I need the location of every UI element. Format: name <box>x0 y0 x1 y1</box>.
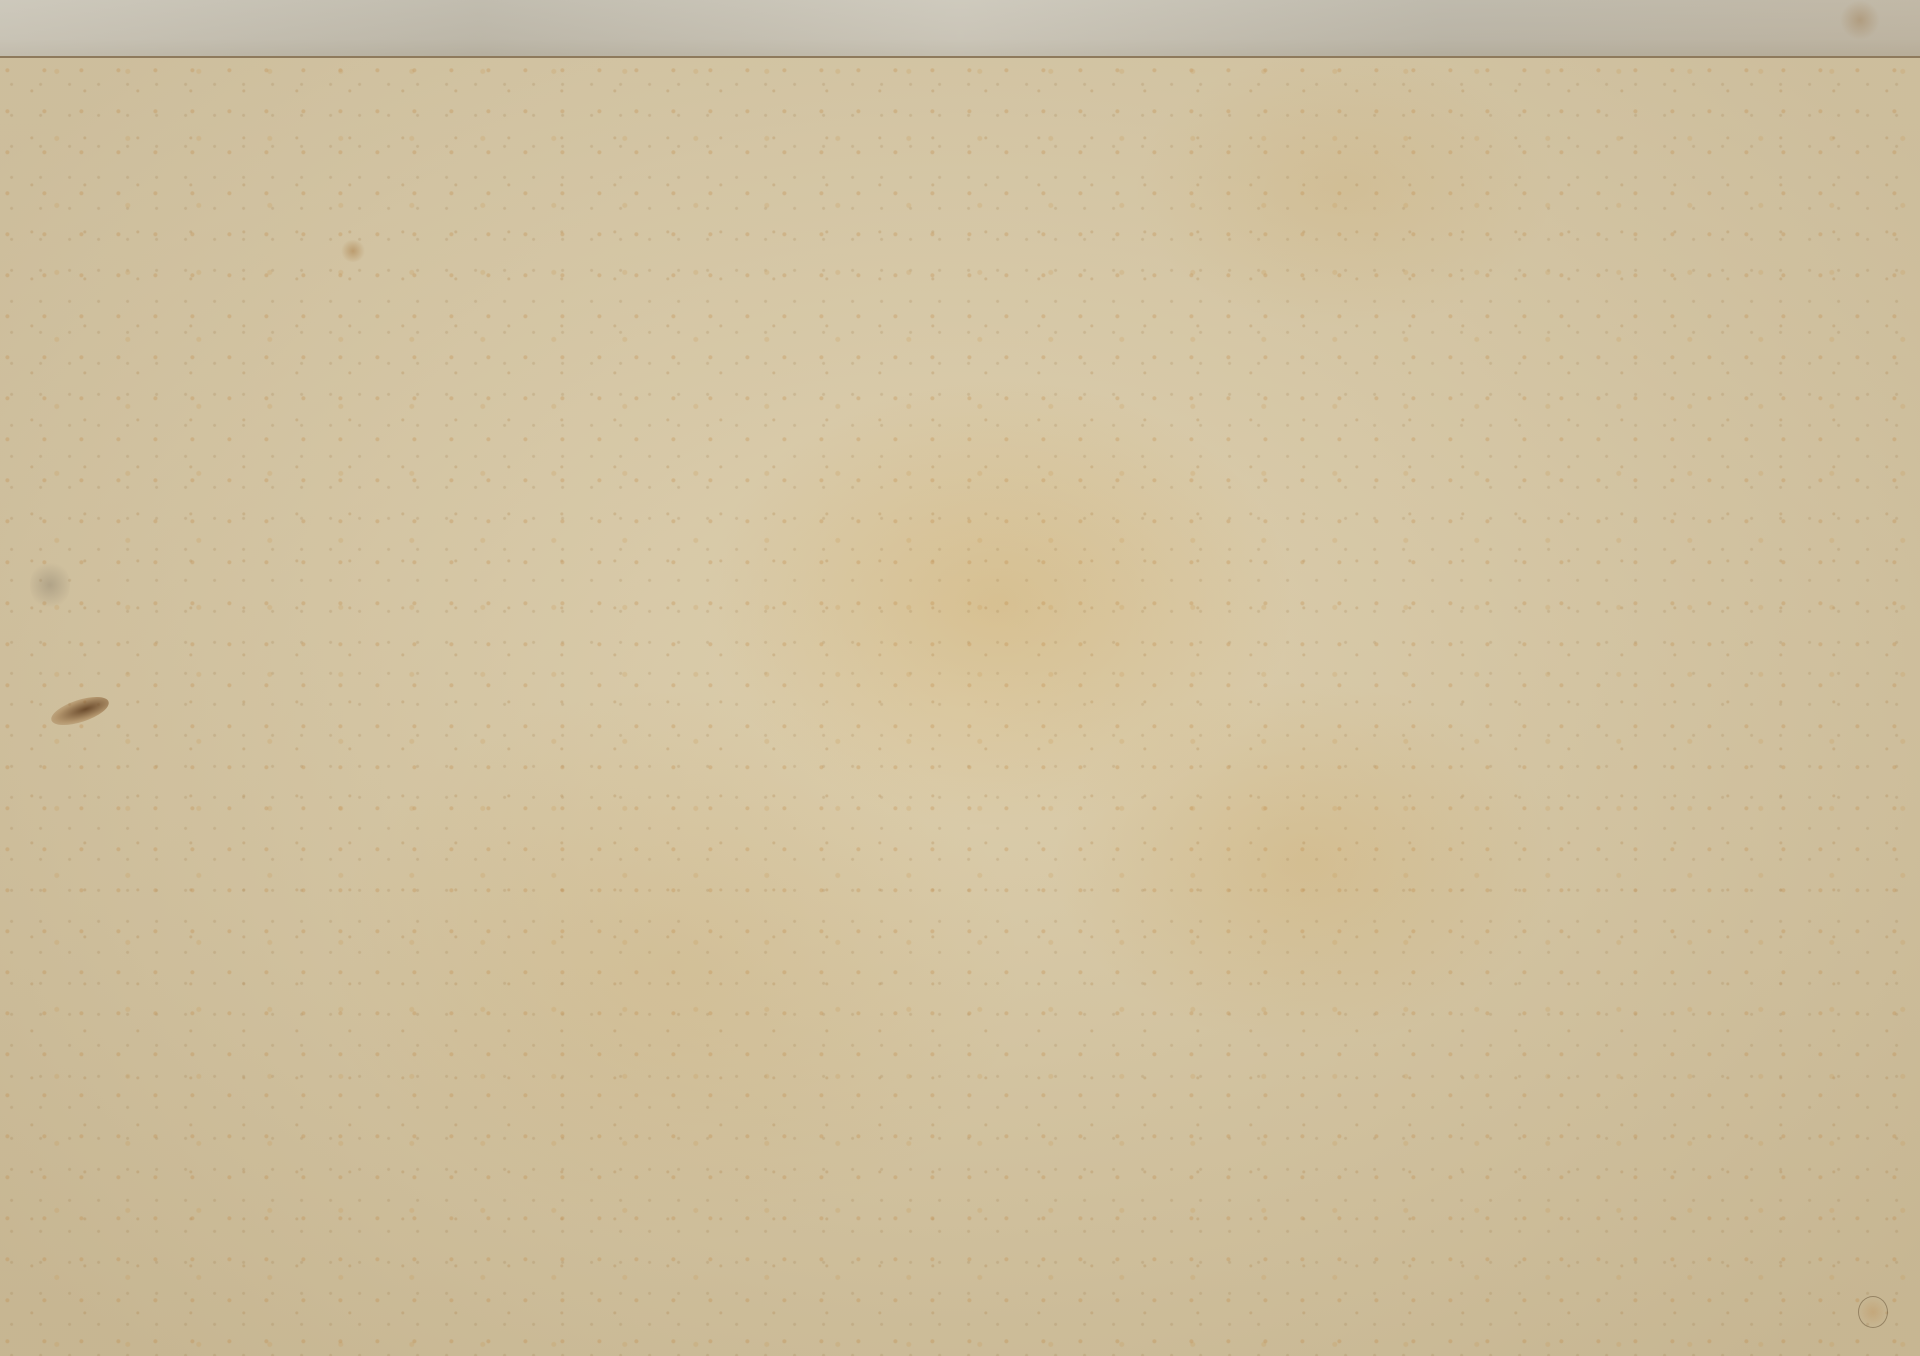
top-paper-strip <box>0 0 1920 58</box>
foxing-speckles <box>0 58 1920 1356</box>
small-stain <box>340 240 366 262</box>
corner-stain <box>1840 0 1880 40</box>
aged-paper-sheet <box>0 58 1920 1356</box>
circular-stamp-mark <box>1858 1296 1888 1328</box>
grey-smudge <box>30 560 70 610</box>
